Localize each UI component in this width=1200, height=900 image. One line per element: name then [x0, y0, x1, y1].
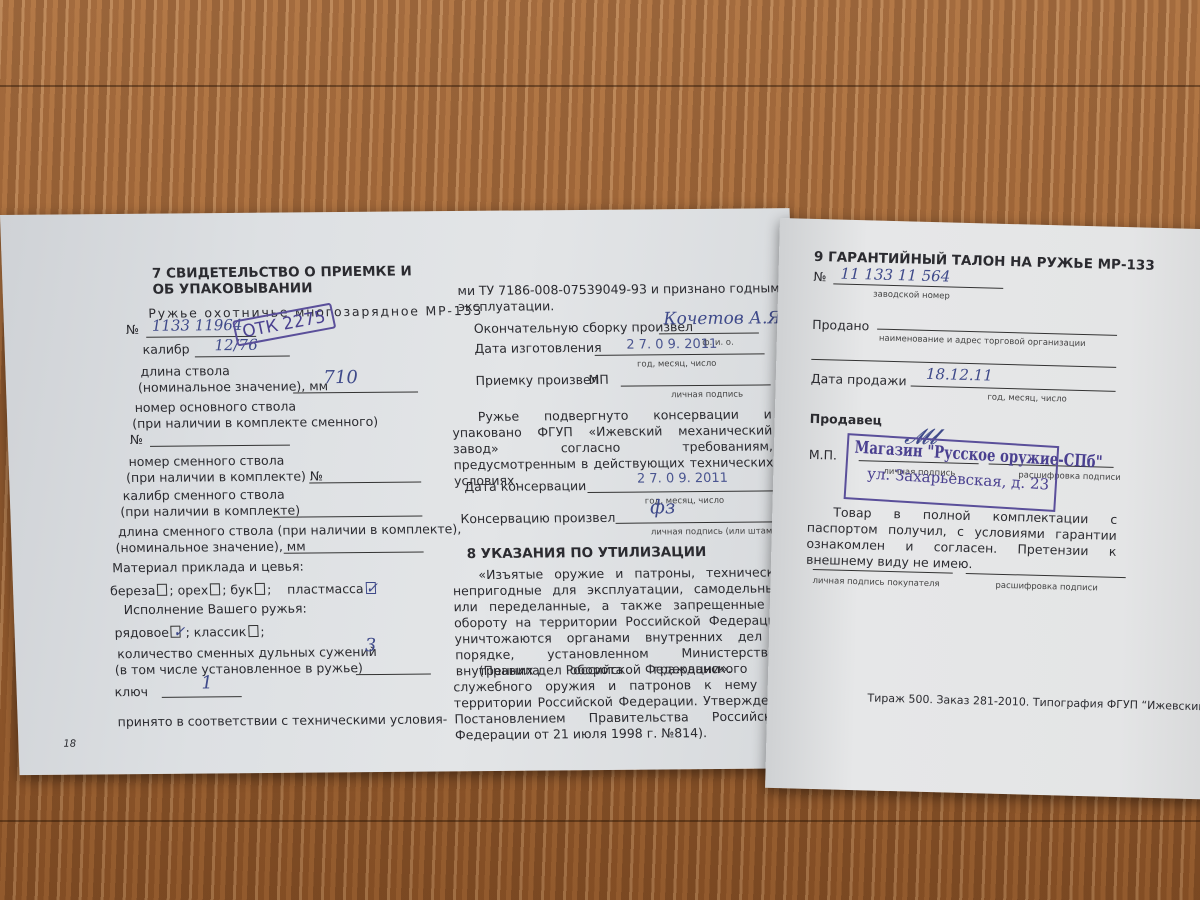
version-standard-label: рядовое — [114, 625, 169, 640]
material-birch-label: береза — [110, 583, 156, 598]
warranty-number-handwritten: 11 133 11 564 — [840, 266, 950, 285]
spare-length-label-1: длина сменного ствола (при наличии в ком… — [118, 521, 462, 540]
mp-label: МП — [588, 372, 609, 388]
caliber-label: калибр — [142, 341, 189, 357]
spare-length-line — [284, 552, 424, 554]
chokes-line — [356, 674, 431, 676]
manufacture-date-stamp: 2 7. 0 9. 2011 — [626, 337, 717, 354]
main-barrel-number-label: № — [130, 432, 144, 448]
serial-number-handwritten: 1133 11964 — [152, 317, 243, 334]
section7-title-1: 7 СВИДЕТЕЛЬСТВО О ПРИЕМКЕ И — [152, 263, 412, 281]
material-label: Материал приклада и цевья: — [112, 559, 304, 577]
receipt-text: Товар в полной комплектации с паспортом … — [806, 504, 1118, 576]
spare-barrel-line — [309, 481, 421, 483]
conservation-by-caption: личная подпись (или штамп) — [651, 523, 782, 540]
accepted-text: принято в соответствии с техническими ус… — [117, 711, 447, 730]
main-barrel-label-2: (при наличии в комплекте сменного) — [132, 414, 378, 432]
version-label: Исполнение Вашего ружья: — [123, 601, 307, 619]
right-page: 9 ГАРАНТИЙНЫЙ ТАЛОН НА РУЖЬЕ МР-133 № 11… — [765, 218, 1200, 799]
sale-date-caption: год, месяц, число — [987, 389, 1067, 407]
number-label: № — [126, 322, 140, 338]
material-walnut-checkbox[interactable] — [210, 583, 220, 595]
barrel-length-line — [293, 391, 418, 393]
page-number: 18 — [63, 737, 76, 753]
chokes-label-2: (в том числе установленное в ружье) — [115, 660, 364, 678]
sale-date-label: Дата продажи — [811, 371, 907, 390]
material-options: береза; орех; бук; пластмасса✓ — [110, 580, 379, 599]
key-handwritten: 1 — [201, 675, 213, 691]
shop-stamp: Магазин "Русское оружие-СПб" ул. Захарье… — [844, 433, 1060, 512]
warranty-number-caption: заводской номер — [873, 286, 950, 304]
material-birch-checkbox[interactable] — [157, 584, 167, 596]
version-classic-label: классик — [193, 624, 246, 639]
spare-barrel-label-2: (при наличии в комплекте) № — [126, 468, 323, 486]
wood-grain — [0, 85, 1200, 87]
sold-label: Продано — [812, 317, 870, 334]
conservation-by-label: Консервацию произвел — [460, 510, 615, 527]
spare-length-label-2: (номинальное значение), мм — [115, 539, 306, 557]
manufacture-date-caption: год, месяц, число — [637, 356, 717, 373]
acceptance-label: Приемку произвел — [475, 372, 599, 389]
chokes-handwritten: 3 — [365, 638, 377, 654]
material-plastic-label: пластмасса — [287, 581, 364, 597]
warranty-number-label: № — [813, 269, 826, 285]
print-footer: Тираж 500. Заказ 281-2010. Типография ФГ… — [867, 690, 1200, 715]
key-line — [162, 696, 242, 698]
version-classic-checkbox[interactable] — [248, 625, 258, 637]
shop-stamp-address: ул. Захарьевская, д. 23 — [867, 464, 1050, 493]
assembly-signature: Кочетов А.Я. — [663, 310, 787, 327]
section8-title: 8 УКАЗАНИЯ ПО УТИЛИЗАЦИИ — [466, 544, 706, 562]
main-barrel-line — [150, 445, 290, 447]
conservation-by-signature: фз — [650, 499, 676, 515]
material-walnut-label: орех — [177, 582, 208, 597]
tu-line-1: ми ТУ 7186-008-07539049-93 и признано го… — [457, 280, 808, 299]
material-beech-checkbox[interactable] — [255, 583, 265, 595]
section8-para-2: (Правила оборота гражданского и служебно… — [453, 660, 789, 743]
sale-date-handwritten: 18.12.11 — [926, 366, 993, 384]
left-page: 7 СВИДЕТЕЛЬСТВО О ПРИЕМКЕ И ОБ УПАКОВЫВА… — [0, 208, 809, 775]
conservation-date-stamp: 2 7. 0 9. 2011 — [637, 471, 728, 488]
barrel-length-handwritten: 710 — [323, 370, 358, 386]
spare-caliber-label-1: калибр сменного ствола — [122, 487, 284, 504]
tu-line-2: эксплуатации. — [458, 298, 555, 315]
wood-grain — [0, 820, 1200, 822]
material-beech-label: бук — [230, 582, 253, 597]
spare-caliber-line — [272, 515, 422, 517]
acceptance-signature-caption: личная подпись — [671, 387, 743, 404]
section7-title-2: ОБ УПАКОВЫВАНИИ — [152, 280, 313, 297]
buyer-signature-caption: личная подпись покупателя — [812, 573, 939, 592]
caliber-line — [195, 356, 290, 358]
barrel-length-label-1: длина ствола — [140, 363, 230, 380]
manufacture-date-label: Дата изготовления — [474, 340, 602, 357]
check-mark-icon: ✓ — [365, 579, 378, 597]
version-options: рядовое✓; классик; — [114, 623, 265, 641]
conservation-date-label: Дата консервации — [464, 478, 586, 495]
spare-barrel-label-1: номер сменного ствола — [128, 453, 284, 470]
main-barrel-label-1: номер основного ствола — [134, 399, 296, 416]
check-mark-icon: ✓ — [173, 623, 186, 641]
seller-mp-label: М.П. — [809, 447, 838, 464]
key-label: ключ — [114, 684, 148, 700]
buyer-decode-caption: расшифровка подписи — [995, 578, 1098, 597]
seller-label: Продавец — [810, 411, 883, 429]
